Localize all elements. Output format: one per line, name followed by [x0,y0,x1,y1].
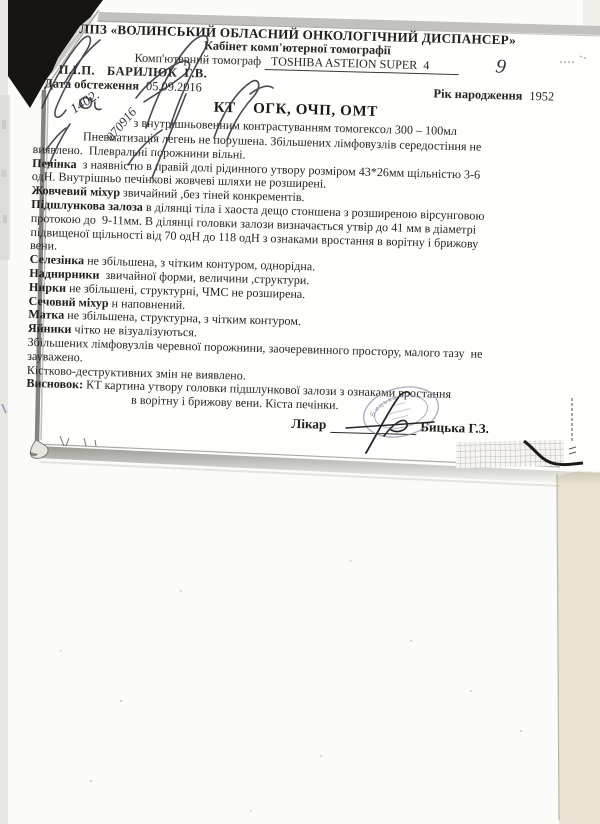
handwritten-mark: 9 [494,55,507,78]
svg-text:Бицька Г.: Бицька Г. [366,391,413,419]
handwritten-date: 070916 [103,104,140,144]
ink-overlay: 1402. 070916 9 Бицька Г. [0,0,600,824]
stamp-arc-text: Бицька Г. [366,391,413,419]
doctor-stamp: Бицька Г. [358,380,443,445]
handwritten-number: 1402. [68,88,103,118]
scanned-document: ЛПЗ «ВОЛИНСЬКИЙ ОБЛАСНИЙ ОНКОЛОГІЧНИЙ ДИ… [0,0,600,824]
